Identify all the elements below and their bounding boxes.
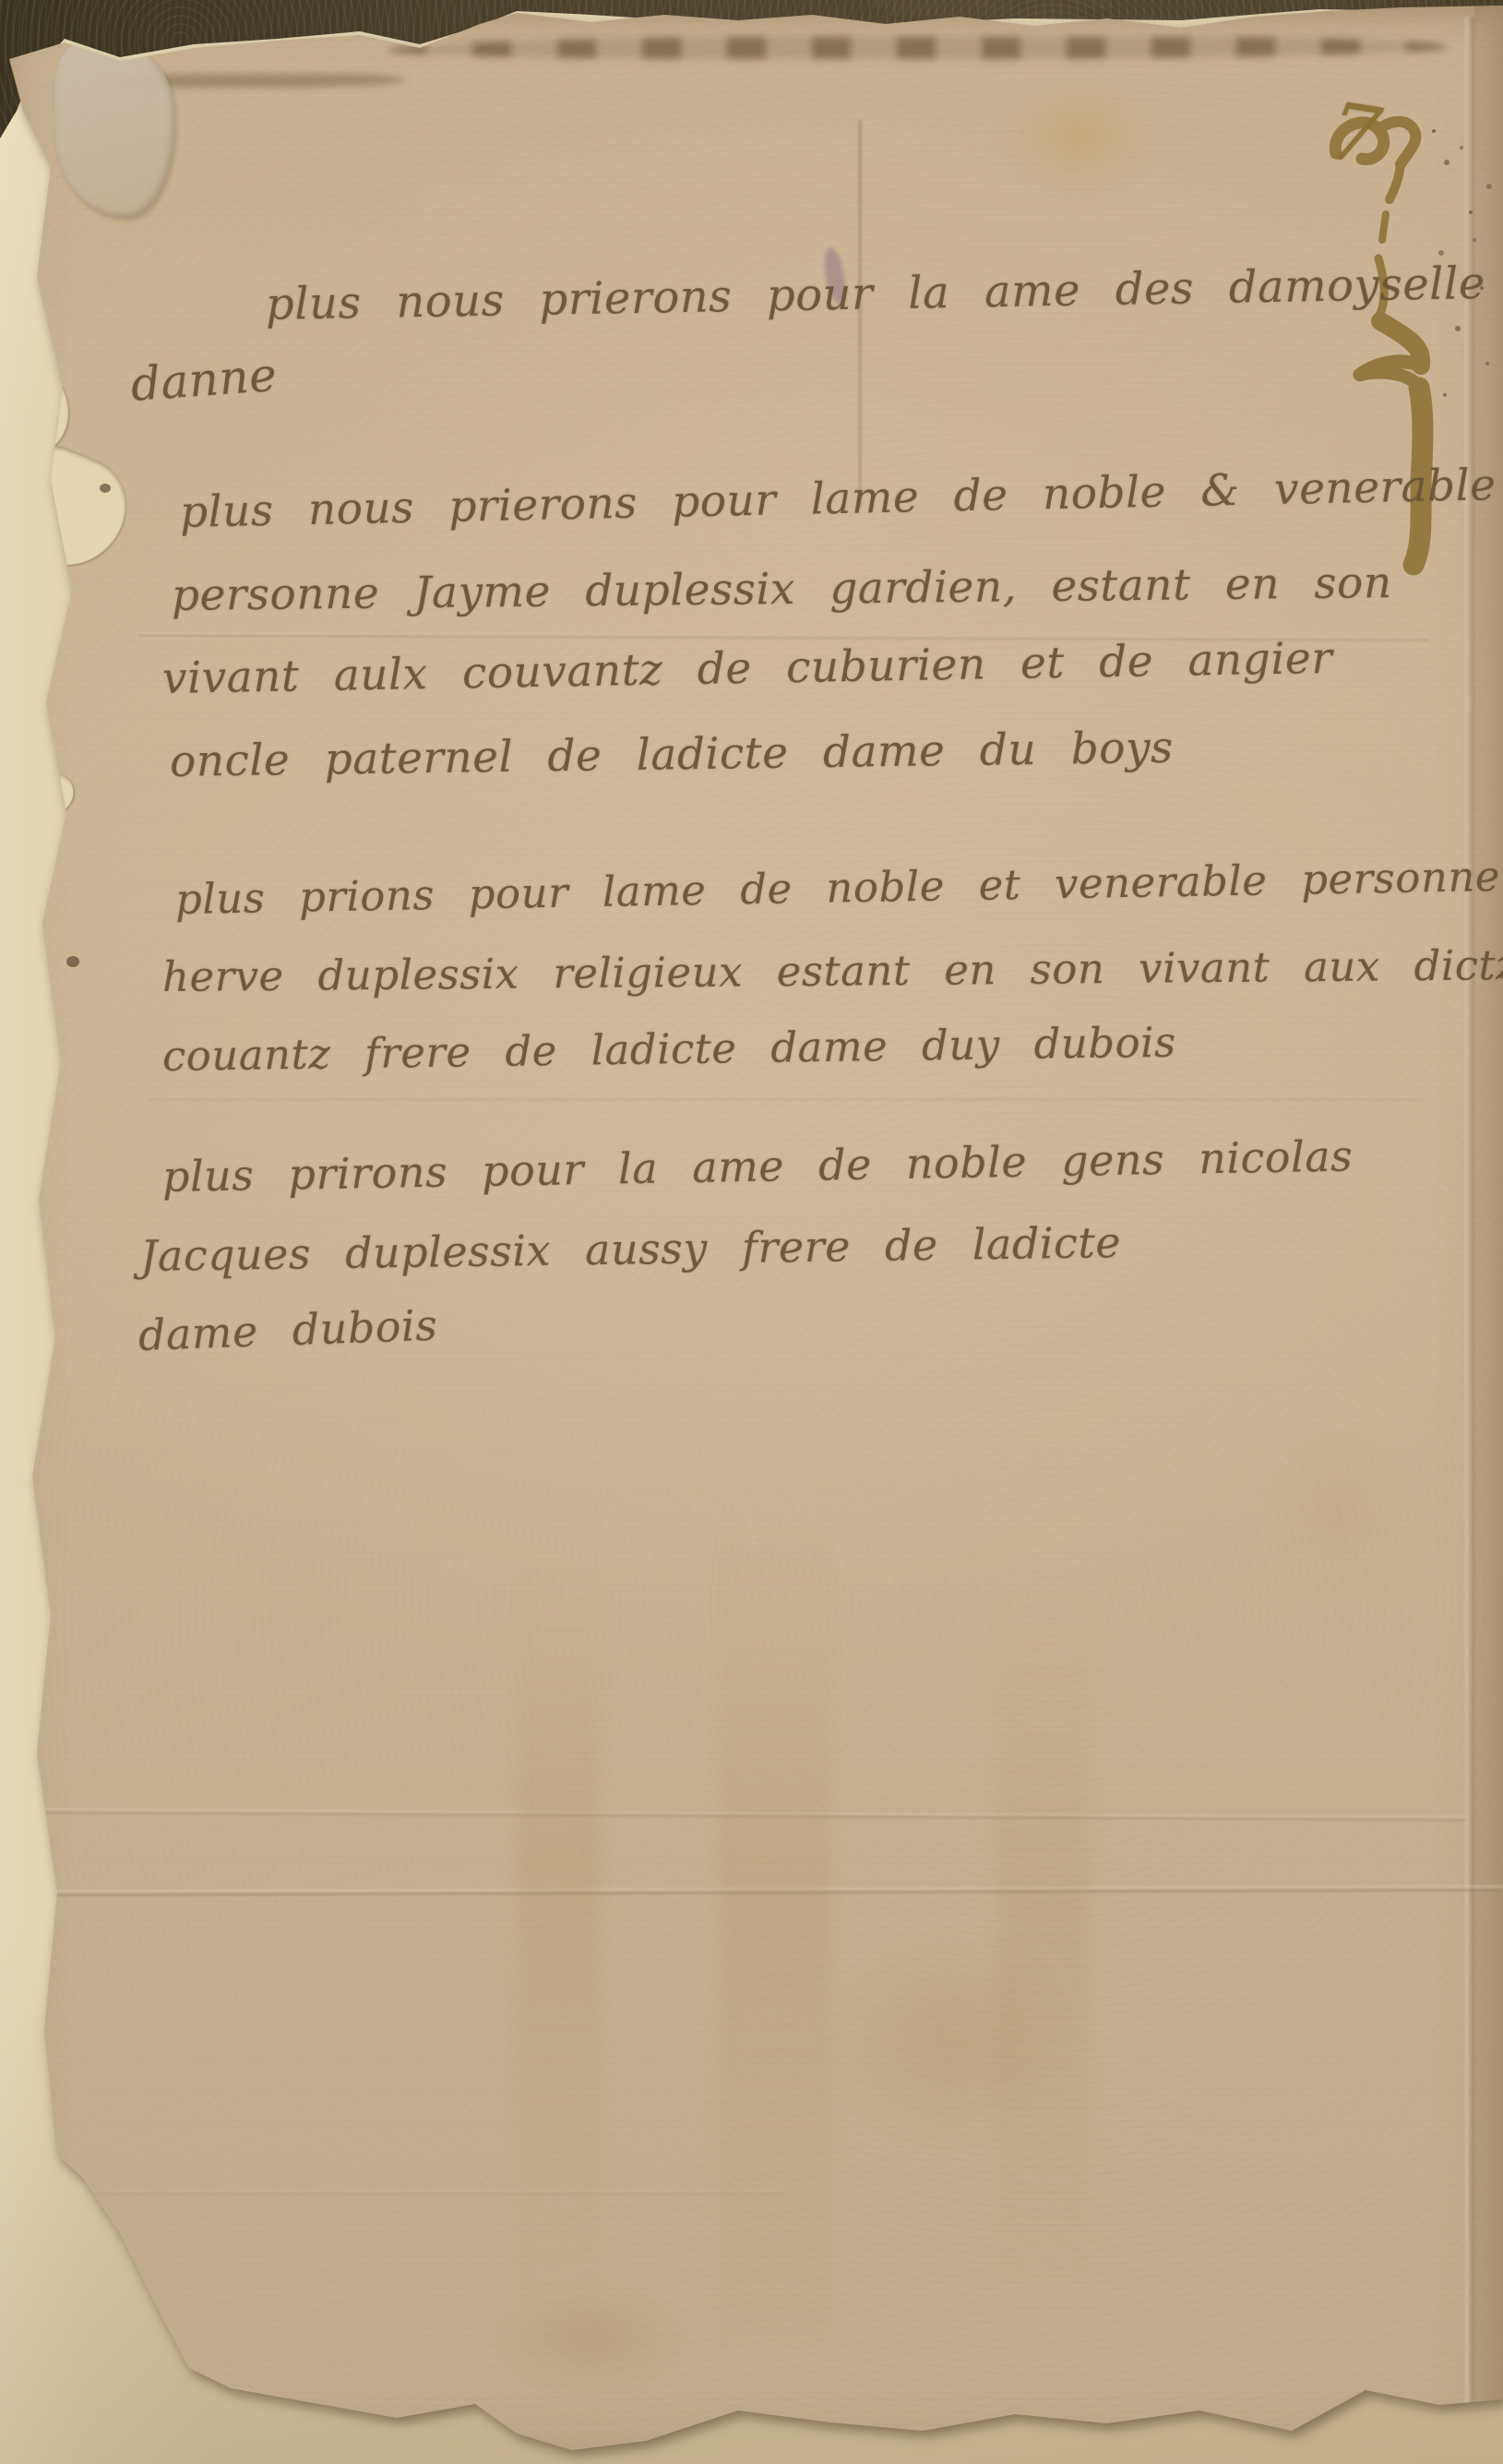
dark-spot: [66, 956, 79, 967]
tear-hole: [0, 367, 68, 452]
page-curl-shading: [1474, 0, 1503, 2464]
brown-stain: [1273, 1436, 1402, 1584]
handwritten-line: dame dubois: [137, 1300, 438, 1360]
dark-spot: [100, 484, 111, 493]
manuscript-photograph: 7 plus nous prierons pour la ame des dam…: [0, 0, 1503, 2464]
tear-hole: [0, 517, 42, 639]
handwritten-line: danne: [129, 348, 279, 412]
brown-stain: [830, 1938, 1070, 2141]
damp-streak: [517, 1569, 600, 2307]
manuscript-sheet-wrap: 7 plus nous prierons pour la ame des dam…: [0, 0, 1503, 2464]
horizontal-crease: [0, 2191, 784, 2195]
tear-hole: [0, 626, 35, 712]
damp-streak: [996, 1587, 1089, 2289]
manuscript-page: 7 plus nous prierons pour la ame des dam…: [0, 0, 1503, 2464]
horizontal-crease: [148, 1096, 1421, 1100]
brown-stain: [498, 2287, 683, 2388]
ink-blot: [1282, 111, 1467, 591]
yellow-stain: [1006, 81, 1153, 192]
top-edge-grime: [388, 37, 1449, 59]
damp-streak: [720, 1523, 830, 2353]
